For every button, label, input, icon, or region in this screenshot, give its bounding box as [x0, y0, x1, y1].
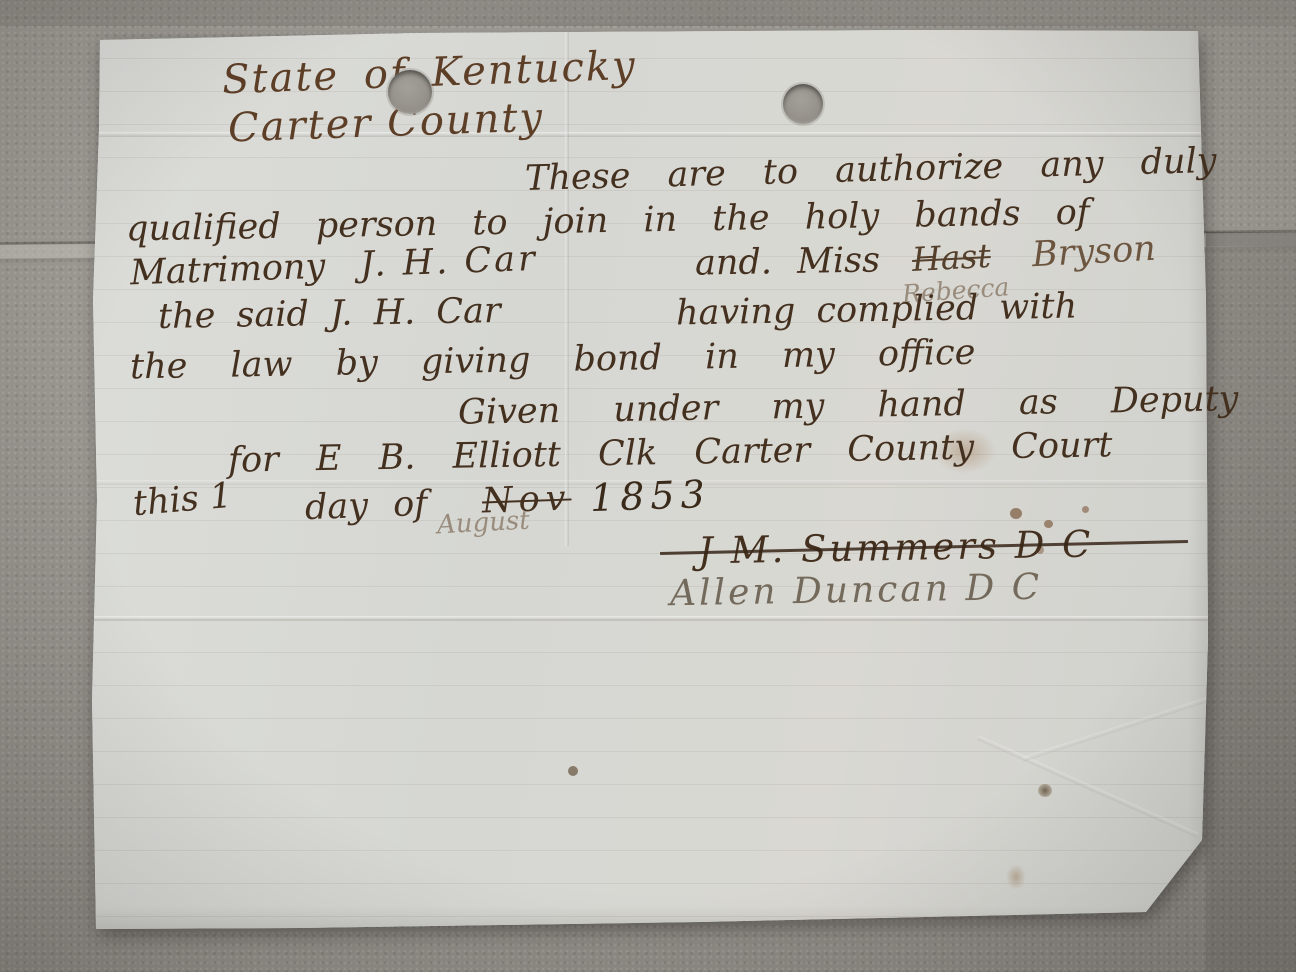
ink-spot-3: [1082, 506, 1089, 513]
date-month-pencil: August: [436, 506, 530, 541]
bride-surname: Bryson: [1031, 229, 1157, 275]
crease-bottom-right-2: [1022, 695, 1214, 762]
spot-bottom-right: [1038, 784, 1052, 797]
paper-bottom-edge-shade: [88, 906, 1214, 936]
body-line-3-and-miss: and. Miss: [695, 240, 881, 283]
body-line-3-matrimony: Matrimony: [129, 247, 326, 294]
date-day-of: day of: [304, 484, 428, 528]
signature-deputy-pencil: Allen Duncan D C: [670, 567, 1043, 614]
smudge-bottom-right: [1006, 864, 1026, 890]
date-year: 1853: [589, 472, 711, 520]
background-top-shadow-band: [0, 0, 1296, 26]
bride-first-name-struck: Hast: [911, 236, 992, 279]
spot-bottom-center: [568, 766, 578, 776]
fold-crease-lower: [88, 616, 1214, 621]
body-line-4-said: the said J. H. Car: [158, 291, 501, 337]
background-right-shadow: [1206, 232, 1296, 972]
photograph-of-document: State of Kentucky Carter County These ar…: [0, 0, 1296, 972]
groom-name: J. H. Car: [359, 239, 538, 285]
crease-bottom-right-1: [977, 735, 1198, 837]
punch-hole-right: [783, 84, 823, 124]
punch-hole-left: [388, 70, 432, 114]
ink-spot-1: [1010, 508, 1022, 519]
body-line-4-complied: having complied with: [676, 287, 1078, 334]
